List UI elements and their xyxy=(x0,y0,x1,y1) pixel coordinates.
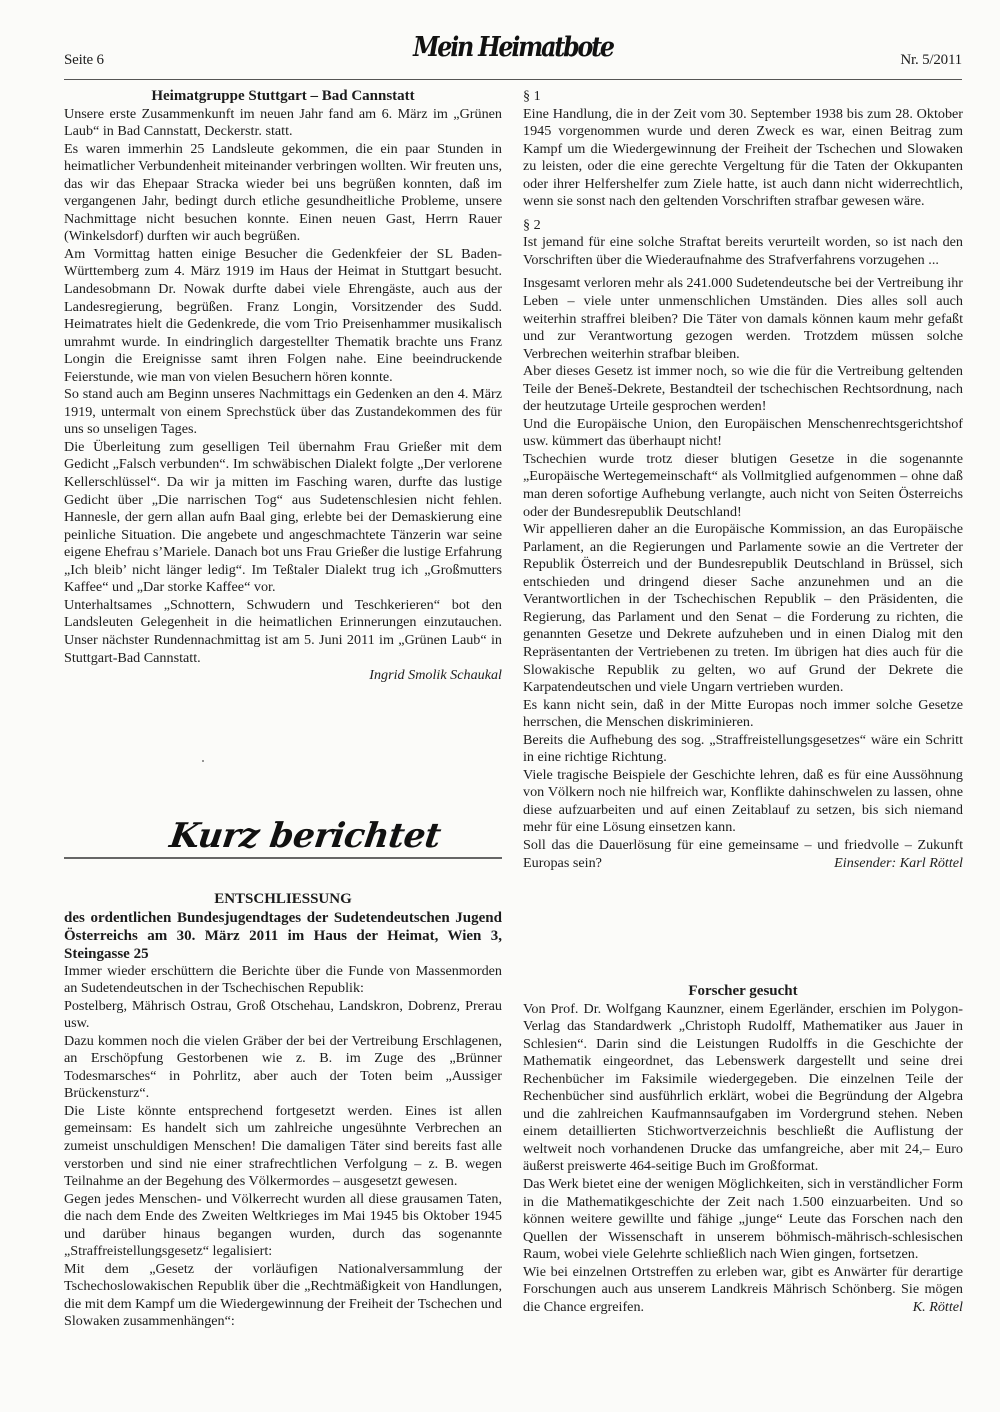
header-divider xyxy=(64,79,962,80)
paragraph: Die Liste könnte entsprechend fortgesetz… xyxy=(64,1103,502,1191)
section-mark: § 1 xyxy=(523,88,963,106)
paragraph: Bereits die Aufhebung des sog. „Straffre… xyxy=(523,732,963,767)
article-title: Heimatgruppe Stuttgart – Bad Cannstatt xyxy=(64,88,502,106)
paragraph: Wir appellieren daher an die Europäische… xyxy=(523,521,963,696)
closing-text: Wie bei einzelnen Ortstreffen zu erleben… xyxy=(523,1264,963,1315)
masthead-logo: Mein Heimatbote xyxy=(118,32,908,63)
paragraph: Aber dieses Gesetz ist immer noch, so wi… xyxy=(523,363,963,416)
section-mark: § 2 xyxy=(523,217,963,235)
paragraph: Von Prof. Dr. Wolfgang Kaunzner, einem E… xyxy=(523,1001,963,1176)
article-entschliessung-part2: § 1 Eine Handlung, die in der Zeit vom 3… xyxy=(523,88,963,872)
paragraph: Die Überleitung zum geselligen Teil über… xyxy=(64,439,502,597)
paragraph-closing: Soll das die Dauerlösung für eine gemein… xyxy=(523,837,963,872)
article-entschliessung-part1: ENTSCHLIESSUNG des ordentlichen Bundesju… xyxy=(64,891,502,1331)
article-subtitle: des ordentlichen Bundesjugendtages der S… xyxy=(64,909,502,963)
paragraph: Am Vormittag hatten einige Besucher die … xyxy=(64,246,502,386)
article-title: ENTSCHLIESSUNG xyxy=(64,891,502,909)
section-banner-rule xyxy=(64,857,502,859)
paragraph: Postelberg, Mährisch Ostrau, Groß Otsche… xyxy=(64,998,502,1033)
page-header: Seite 6 Mein Heimatbote Nr. 5/2011 xyxy=(64,32,962,74)
paragraph: Unterhaltsames „Schnottern, Schwudern un… xyxy=(64,597,502,667)
paragraph: Dazu kommen noch die vielen Gräber der b… xyxy=(64,1033,502,1103)
article-stuttgart: Heimatgruppe Stuttgart – Bad Cannstatt U… xyxy=(64,88,502,685)
paragraph: Insgesamt verloren mehr als 241.000 Sude… xyxy=(523,275,963,363)
paragraph: Tschechien wurde trotz dieser blutigen G… xyxy=(523,451,963,521)
article-title: Forscher gesucht xyxy=(523,983,963,1001)
paragraph: Mit dem „Gesetz der vorläufigen National… xyxy=(64,1261,502,1331)
print-speck xyxy=(202,760,204,762)
author-signature: Ingrid Smolik Schaukal xyxy=(64,667,502,685)
paragraph: Das Werk bietet eine der wenigen Möglich… xyxy=(523,1176,963,1264)
paragraph: Es waren immerhin 25 Landsleute gekommen… xyxy=(64,141,502,246)
issue-number: Nr. 5/2011 xyxy=(900,52,962,69)
article-forscher: Forscher gesucht Von Prof. Dr. Wolfgang … xyxy=(523,983,963,1316)
paragraph: Unsere erste Zusammenkunft im neuen Jahr… xyxy=(64,106,502,141)
section-banner-title: Kurz berichtet xyxy=(167,816,443,856)
law-paragraph: Eine Handlung, die in der Zeit vom 30. S… xyxy=(523,106,963,211)
paragraph: Gegen jedes Menschen- und Völkerrecht wu… xyxy=(64,1191,502,1261)
page-number: Seite 6 xyxy=(64,52,104,69)
law-paragraph: Ist jemand für eine solche Straftat bere… xyxy=(523,234,963,269)
paragraph: Es kann nicht sein, daß in der Mitte Eur… xyxy=(523,697,963,732)
author-signature: Einsender: Karl Röttel xyxy=(834,855,963,873)
paragraph: Viele tragische Beispiele der Geschichte… xyxy=(523,767,963,837)
paragraph: Immer wieder erschüttern die Berichte üb… xyxy=(64,963,502,998)
section-banner: Kurz berichtet xyxy=(64,812,502,862)
paragraph: So stand auch am Beginn unseres Nachmitt… xyxy=(64,386,502,439)
author-signature: K. Röttel xyxy=(913,1299,963,1317)
paragraph-closing: Wie bei einzelnen Ortstreffen zu erleben… xyxy=(523,1264,963,1317)
paragraph: Und die Europäische Union, den Europäisc… xyxy=(523,416,963,451)
